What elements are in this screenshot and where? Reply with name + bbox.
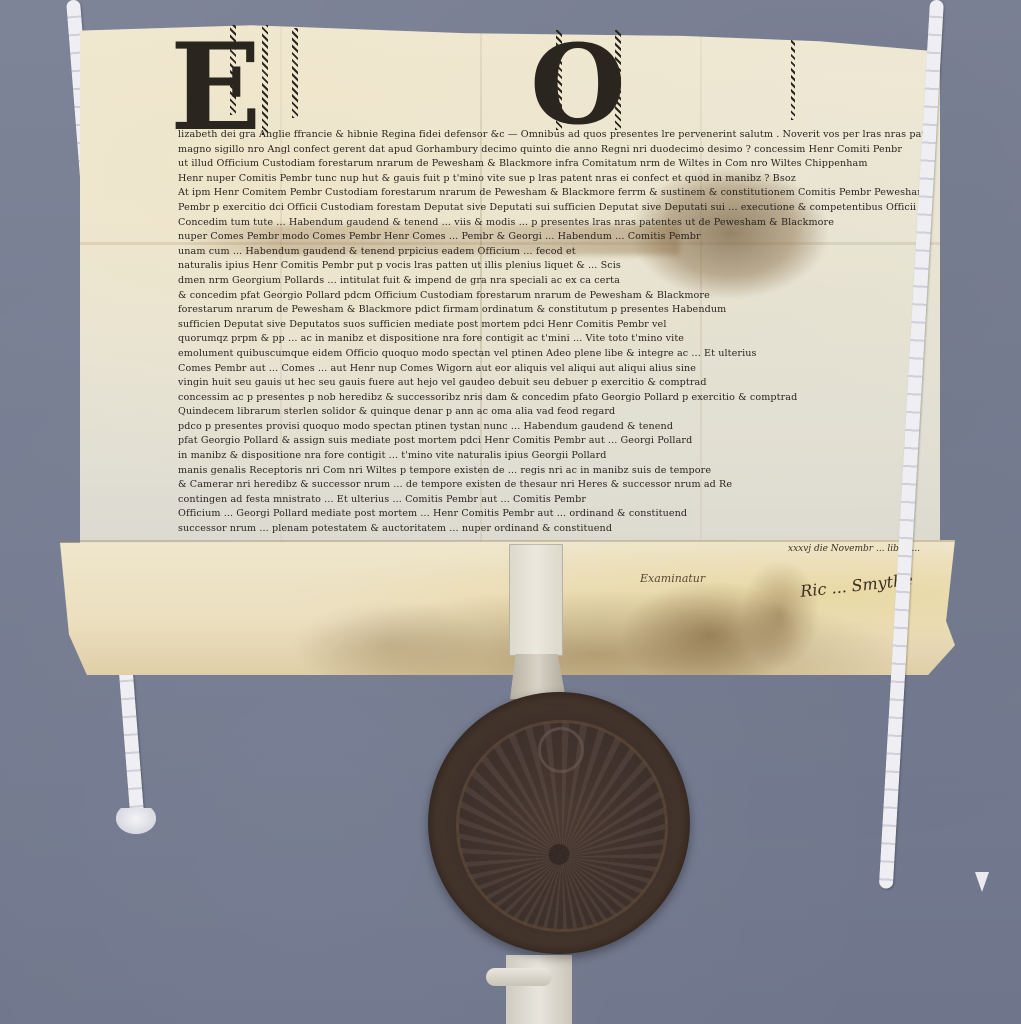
plica-fold-line — [60, 540, 955, 542]
text-line: lizabeth dei gra Anglie ffrancie & hibni… — [178, 128, 923, 143]
text-line: pfat Georgio Pollard & assign suis media… — [178, 434, 923, 449]
text-line: unam cum ... Habendum gaudend & tenend p… — [178, 245, 923, 260]
text-line: Quindecem librarum sterlen solidor & qui… — [178, 405, 923, 420]
wax-seal — [428, 692, 690, 954]
seal-tag — [509, 544, 563, 656]
stain — [740, 560, 820, 670]
text-line: vingin huit seu gauis ut hec seu gauis f… — [178, 376, 923, 391]
text-line: nuper Comes Pembr modo Comes Pembr Henr … — [178, 230, 923, 245]
text-line: Pembr p exercitio dci Officii Custodiam … — [178, 201, 923, 216]
seal-tag-roll — [486, 968, 552, 986]
text-line: Officium ... Georgi Pollard mediate post… — [178, 507, 923, 522]
cadel-stroke — [230, 25, 236, 115]
plica-flap — [60, 540, 955, 675]
cord-tassel — [116, 808, 156, 834]
text-line: Comes Pembr aut ... Comes ... aut Henr n… — [178, 362, 923, 377]
cadel-stroke — [556, 30, 562, 130]
text-line: emolument quibuscumque eidem Officio quo… — [178, 347, 923, 362]
text-line: in manibz & dispositione nra fore contig… — [178, 449, 923, 464]
text-line: sufficien Deputat sive Deputatos suos su… — [178, 318, 923, 333]
document-text: lizabeth dei gra Anglie ffrancie & hibni… — [178, 128, 923, 537]
text-line: concessim ac p presentes p nob heredibz … — [178, 391, 923, 406]
text-line: forestarum nrarum de Pewesham & Blackmor… — [178, 303, 923, 318]
text-line: successor nrum ... plenam potestatem & a… — [178, 522, 923, 537]
seal-figure-head — [538, 727, 584, 773]
text-line: & concedim pfat Georgio Pollard pdcm Off… — [178, 289, 923, 304]
text-line: & Camerar nri heredibz & successor nrum … — [178, 478, 923, 493]
text-line: pdco p presentes provisi quoquo modo spe… — [178, 420, 923, 435]
cadel-stroke — [262, 25, 268, 135]
text-line: contingen ad festa mnistrato ... Et ulte… — [178, 493, 923, 508]
text-line: Concedim tum tute ... Habendum gaudend &… — [178, 216, 923, 231]
seal-tag-end — [506, 955, 572, 1024]
text-line: dmen nrm Georgium Pollards ... intitulat… — [178, 274, 923, 289]
text-line: ut illud Officium Custodiam forestarum n… — [178, 157, 923, 172]
text-line: Henr nuper Comitis Pembr tunc nup hut & … — [178, 172, 923, 187]
cadel-stroke — [615, 30, 621, 130]
text-line: quorumqz prpm & pp ... ac in manibz et d… — [178, 332, 923, 347]
text-line: At ipm Henr Comitem Pembr Custodiam fore… — [178, 186, 923, 201]
endorsement-left: Examinatur — [640, 572, 705, 585]
cadel-stroke — [292, 28, 298, 118]
text-line: naturalis ipius Henr Comitis Pembr put p… — [178, 259, 923, 274]
text-line: magno sigillo nro Angl confect gerent da… — [178, 143, 923, 158]
cadel-stroke — [791, 40, 795, 120]
decorated-initial-o: O — [530, 30, 626, 140]
text-line: manis genalis Receptoris nri Com nri Wil… — [178, 464, 923, 479]
